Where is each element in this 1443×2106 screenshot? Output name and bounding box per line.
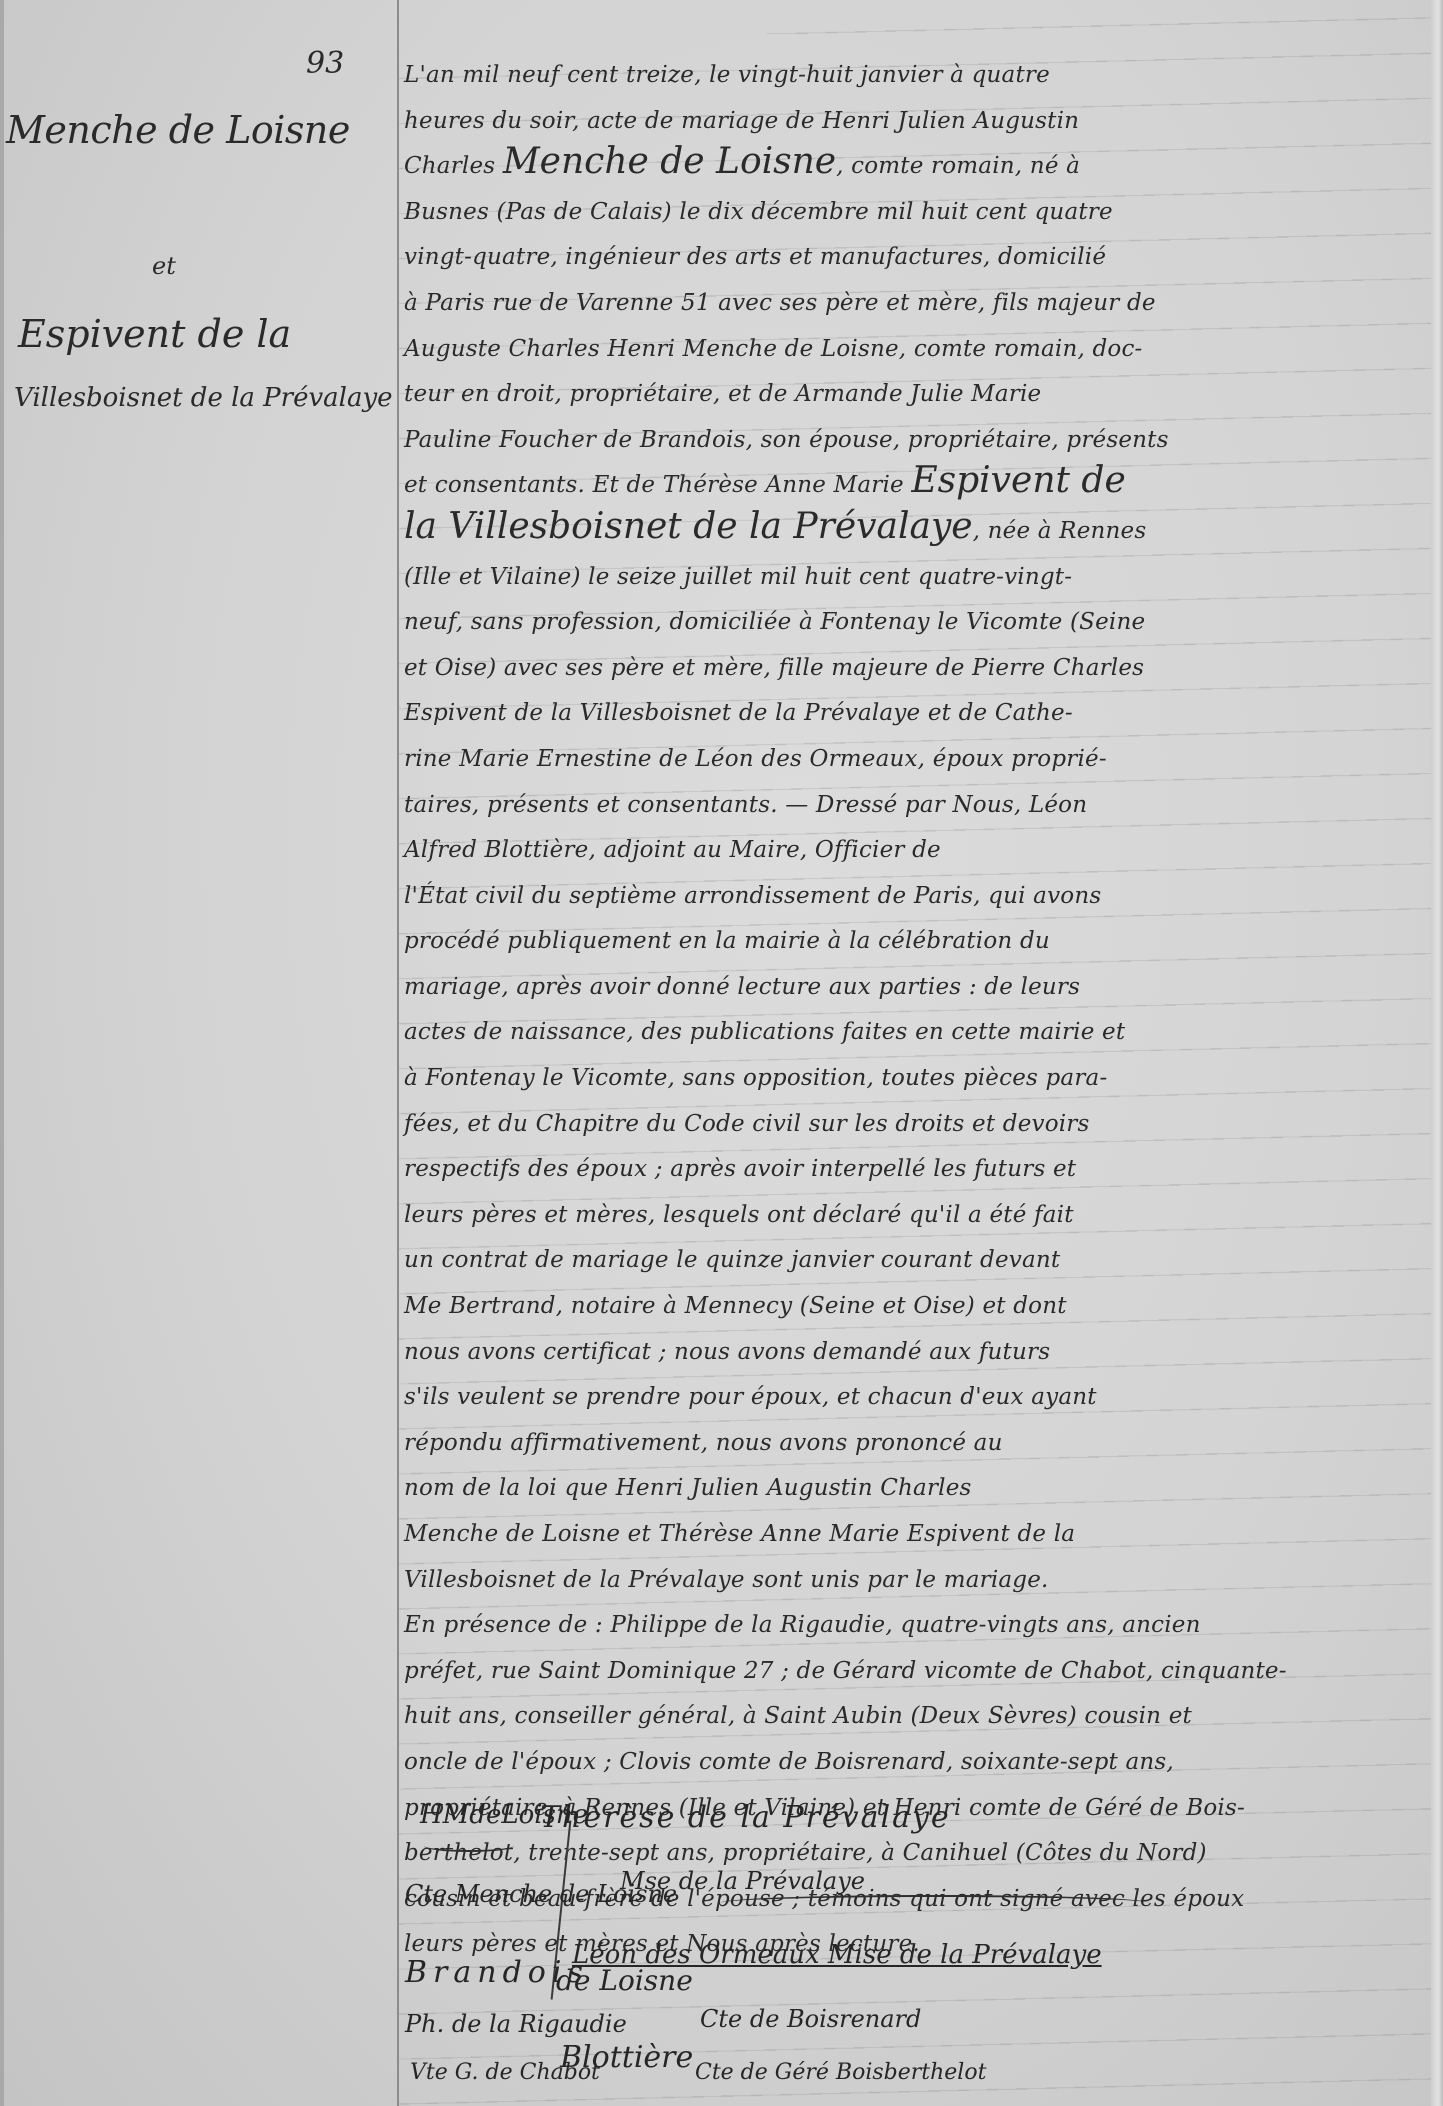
text-line: Busnes (Pas de Calais) le dix décembre m…: [404, 185, 1424, 231]
line-text: à Paris rue de Varenne 51 avec ses père …: [404, 290, 1156, 316]
text-line: (Ille et Vilaine) le seize juillet mil h…: [404, 550, 1424, 596]
text-line: procédé publiquement en la mairie à la c…: [404, 914, 1424, 960]
emphasized-name: Espivent de: [911, 460, 1125, 501]
signature-officer-blottiere: Blottière: [560, 2040, 693, 2075]
margin-bride-name-line2: Villesboisnet de la Prévalaye: [14, 383, 393, 413]
line-text: , comte romain, né à: [836, 153, 1080, 179]
line-text: mariage, après avoir donné lecture aux p…: [404, 974, 1080, 1000]
emphasized-name: Menche de Loisne: [503, 141, 836, 182]
text-line: fées, et du Chapitre du Code civil sur l…: [404, 1097, 1424, 1143]
line-text: nous avons certificat ; nous avons deman…: [404, 1339, 1050, 1365]
line-text: taires, présents et consentants. — Dress…: [404, 792, 1087, 818]
margin-divider: [397, 0, 399, 2106]
text-line: leurs pères et mères, lesquels ont décla…: [404, 1188, 1424, 1234]
text-line: oncle de l'époux ; Clovis comte de Boisr…: [404, 1735, 1424, 1781]
text-line: huit ans, conseiller général, à Saint Au…: [404, 1689, 1424, 1735]
text-line: nous avons certificat ; nous avons deman…: [404, 1325, 1424, 1371]
line-text: Pauline Foucher de Brandois, son épouse,…: [404, 427, 1169, 453]
line-text: un contrat de mariage le quinze janvier …: [404, 1247, 1060, 1273]
signature-witness-rigaudie: Ph. de la Rigaudie: [405, 2010, 627, 2038]
line-text: (Ille et Vilaine) le seize juillet mil h…: [404, 564, 1072, 590]
text-line: En présence de : Philippe de la Rigaudie…: [404, 1598, 1424, 1644]
line-text: l'État civil du septième arrondissement …: [404, 883, 1101, 909]
margin-groom-name: Menche de Loisne: [6, 108, 350, 152]
text-line: Me Bertrand, notaire à Mennecy (Seine et…: [404, 1279, 1424, 1325]
line-text: oncle de l'époux ; Clovis comte de Boisr…: [404, 1749, 1174, 1775]
line-text: nom de la loi que Henri Julien Augustin …: [404, 1475, 972, 1501]
line-text: et consentants. Et de Thérèse Anne Marie: [404, 472, 911, 498]
line-text: et Oise) avec ses père et mère, fille ma…: [404, 655, 1144, 681]
line-text: vingt-quatre, ingénieur des arts et manu…: [404, 244, 1106, 270]
act-body: L'an mil neuf cent treize, le vingt-huit…: [404, 48, 1424, 1963]
text-line: et consentants. Et de Thérèse Anne Marie…: [404, 458, 1424, 504]
text-line: préfet, rue Saint Dominique 27 ; de Géra…: [404, 1644, 1424, 1690]
text-line: répondu affirmativement, nous avons pron…: [404, 1416, 1424, 1462]
text-line: Auguste Charles Henri Menche de Loisne, …: [404, 322, 1424, 368]
text-line: Pauline Foucher de Brandois, son épouse,…: [404, 413, 1424, 459]
line-text: Me Bertrand, notaire à Mennecy (Seine et…: [404, 1293, 1067, 1319]
line-text: procédé publiquement en la mairie à la c…: [404, 928, 1050, 954]
line-text: rine Marie Ernestine de Léon des Ormeaux…: [404, 746, 1107, 772]
emphasized-name: la Villesboisnet de la Prévalaye: [404, 506, 973, 547]
text-line: teur en droit, propriétaire, et de Arman…: [404, 367, 1424, 413]
margin-conjunction: et: [152, 252, 176, 280]
line-text: Auguste Charles Henri Menche de Loisne, …: [404, 336, 1143, 362]
entry-number: 93: [306, 46, 344, 81]
line-text: heures du soir, acte de mariage de Henri…: [404, 108, 1079, 134]
signature-flourish: [424, 1840, 514, 1852]
text-line: à Paris rue de Varenne 51 avec ses père …: [404, 276, 1424, 322]
text-line: respectifs des époux ; après avoir inter…: [404, 1142, 1424, 1188]
line-text: préfet, rue Saint Dominique 27 ; de Géra…: [404, 1658, 1287, 1684]
line-text: leurs pères et mères, lesquels ont décla…: [404, 1202, 1074, 1228]
line-text: s'ils veulent se prendre pour époux, et …: [404, 1384, 1097, 1410]
margin-bride-name-line1: Espivent de la: [18, 312, 291, 356]
signature-bride-father: Mse de la Prévalaye: [620, 1867, 865, 1895]
text-line: L'an mil neuf cent treize, le vingt-huit…: [404, 48, 1424, 94]
text-line: et Oise) avec ses père et mère, fille ma…: [404, 641, 1424, 687]
text-line: s'ils veulent se prendre pour époux, et …: [404, 1370, 1424, 1416]
register-page: 93 Menche de Loisne et Espivent de la Vi…: [0, 0, 1443, 2106]
line-text: L'an mil neuf cent treize, le vingt-huit…: [404, 62, 1050, 88]
line-text: Alfred Blottière, adjoint au Maire, Offi…: [404, 837, 941, 863]
signature-groom-mother-2: de Loisne: [556, 1964, 693, 1997]
text-line: heures du soir, acte de mariage de Henri…: [404, 94, 1424, 140]
text-line: l'État civil du septième arrondissement …: [404, 869, 1424, 915]
page-left-edge: [0, 0, 4, 2106]
text-line: rine Marie Ernestine de Léon des Ormeaux…: [404, 732, 1424, 778]
page-right-edge: [1431, 0, 1443, 2106]
text-line: Espivent de la Villesboisnet de la Préva…: [404, 686, 1424, 732]
line-text: Espivent de la Villesboisnet de la Préva…: [404, 700, 1073, 726]
text-line: nom de la loi que Henri Julien Augustin …: [404, 1461, 1424, 1507]
text-line: à Fontenay le Vicomte, sans opposition, …: [404, 1051, 1424, 1097]
line-text: En présence de : Philippe de la Rigaudie…: [404, 1612, 1201, 1638]
line-text: répondu affirmativement, nous avons pron…: [404, 1430, 1003, 1456]
line-text: teur en droit, propriétaire, et de Arman…: [404, 381, 1041, 407]
text-line: un contrat de mariage le quinze janvier …: [404, 1233, 1424, 1279]
text-line: mariage, après avoir donné lecture aux p…: [404, 960, 1424, 1006]
line-text: , née à Rennes: [973, 518, 1147, 544]
text-line: taires, présents et consentants. — Dress…: [404, 778, 1424, 824]
text-line: la Villesboisnet de la Prévalaye, née à …: [404, 504, 1424, 550]
line-text: huit ans, conseiller général, à Saint Au…: [404, 1703, 1192, 1729]
text-line: Alfred Blottière, adjoint au Maire, Offi…: [404, 823, 1424, 869]
text-line: neuf, sans profession, domiciliée à Font…: [404, 595, 1424, 641]
signature-flourish: [720, 1895, 1150, 1911]
line-text: fées, et du Chapitre du Code civil sur l…: [404, 1111, 1090, 1137]
line-text: neuf, sans profession, domiciliée à Font…: [404, 609, 1145, 635]
line-text: Charles: [404, 153, 503, 179]
line-text: berthelot, trente-sept ans, propriétaire…: [404, 1840, 1207, 1866]
line-text: respectifs des époux ; après avoir inter…: [404, 1156, 1076, 1182]
line-text: Villesboisnet de la Prévalaye sont unis …: [404, 1567, 1049, 1593]
line-text: actes de naissance, des publications fai…: [404, 1019, 1125, 1045]
text-line: Charles Menche de Loisne, comte romain, …: [404, 139, 1424, 185]
text-line: actes de naissance, des publications fai…: [404, 1005, 1424, 1051]
line-text: Menche de Loisne et Thérèse Anne Marie E…: [404, 1521, 1075, 1547]
signature-witness-boisberthelot: Cte de Géré Boisberthelot: [695, 2060, 986, 2085]
text-line: vingt-quatre, ingénieur des arts et manu…: [404, 230, 1424, 276]
signature-witness-boisrenard: Cte de Boisrenard: [700, 2005, 921, 2033]
line-text: à Fontenay le Vicomte, sans opposition, …: [404, 1065, 1107, 1091]
signature-bride: Thérèse de la Prévalaye: [540, 1800, 951, 1835]
text-line: Villesboisnet de la Prévalaye sont unis …: [404, 1553, 1424, 1599]
line-text: Busnes (Pas de Calais) le dix décembre m…: [404, 199, 1113, 225]
text-line: Menche de Loisne et Thérèse Anne Marie E…: [404, 1507, 1424, 1553]
